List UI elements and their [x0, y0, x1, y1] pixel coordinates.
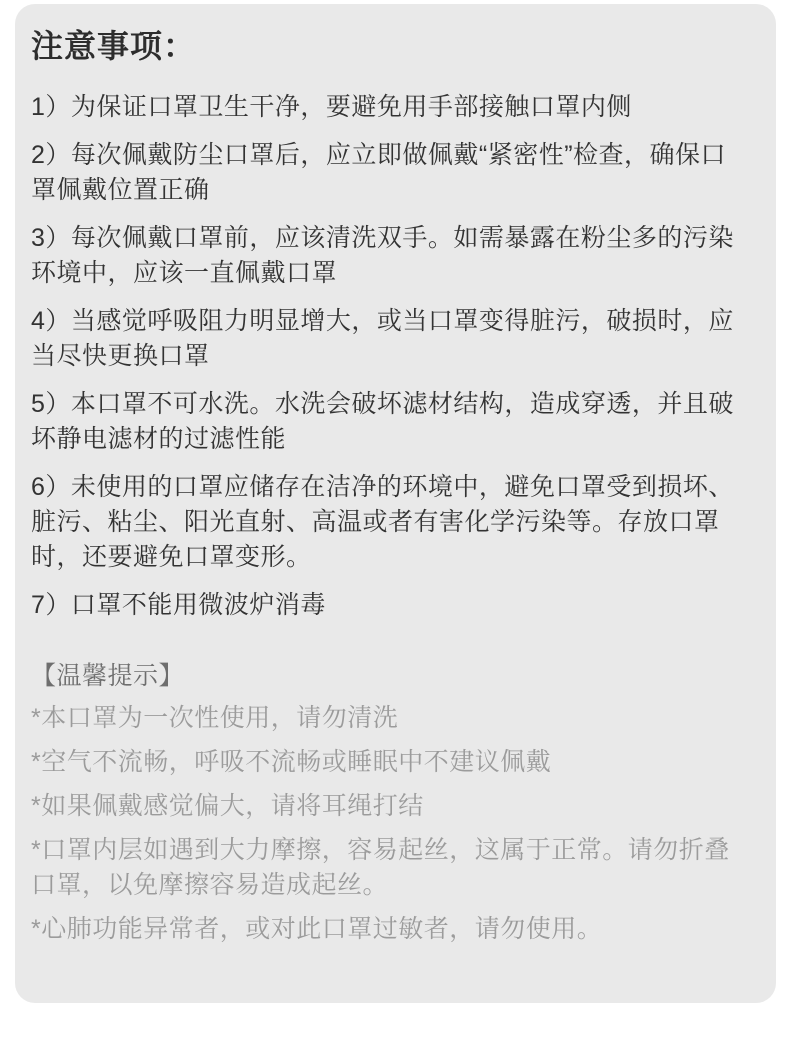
notice-item-4: 4）当感觉呼吸阻力明显增大，或当口罩变得脏污，破损时，应当尽快更换口罩 [31, 304, 746, 374]
notice-card: 注意事项： 1）为保证口罩卫生干净，要避免用手部接触口罩内侧 2）每次佩戴防尘口… [15, 4, 776, 1003]
notice-item-2: 2）每次佩戴防尘口罩后，应立即做佩戴“紧密性”检查，确保口罩佩戴位置正确 [31, 138, 746, 208]
page: { "colors": { "page_background": "#fffff… [0, 0, 790, 1041]
tip-item-4: *口罩内层如遇到大力摩擦，容易起丝，这属于正常。请勿折叠口罩，以免摩擦容易造成起… [31, 833, 746, 903]
notice-item-6: 6）未使用的口罩应储存在洁净的环境中，避免口罩受到损坏、脏污、粘尘、阳光直射、高… [31, 470, 746, 575]
tip-item-2: *空气不流畅，呼吸不流畅或睡眠中不建议佩戴 [31, 745, 746, 780]
tip-item-5: *心肺功能异常者，或对此口罩过敏者，请勿使用。 [31, 912, 746, 947]
notice-title: 注意事项： [31, 26, 746, 66]
notice-item-5: 5）本口罩不可水洗。水洗会破坏滤材结构，造成穿透，并且破坏静电滤材的过滤性能 [31, 387, 746, 457]
notice-item-7: 7）口罩不能用微波炉消毒 [31, 588, 746, 623]
notice-item-3: 3）每次佩戴口罩前，应该清洗双手。如需暴露在粉尘多的污染环境中，应该一直佩戴口罩 [31, 221, 746, 291]
tip-item-3: *如果佩戴感觉偏大，请将耳绳打结 [31, 789, 746, 824]
notice-item-1: 1）为保证口罩卫生干净，要避免用手部接触口罩内侧 [31, 90, 746, 125]
tips-header: 【温馨提示】 [31, 659, 746, 694]
tip-item-1: *本口罩为一次性使用，请勿清洗 [31, 701, 746, 736]
